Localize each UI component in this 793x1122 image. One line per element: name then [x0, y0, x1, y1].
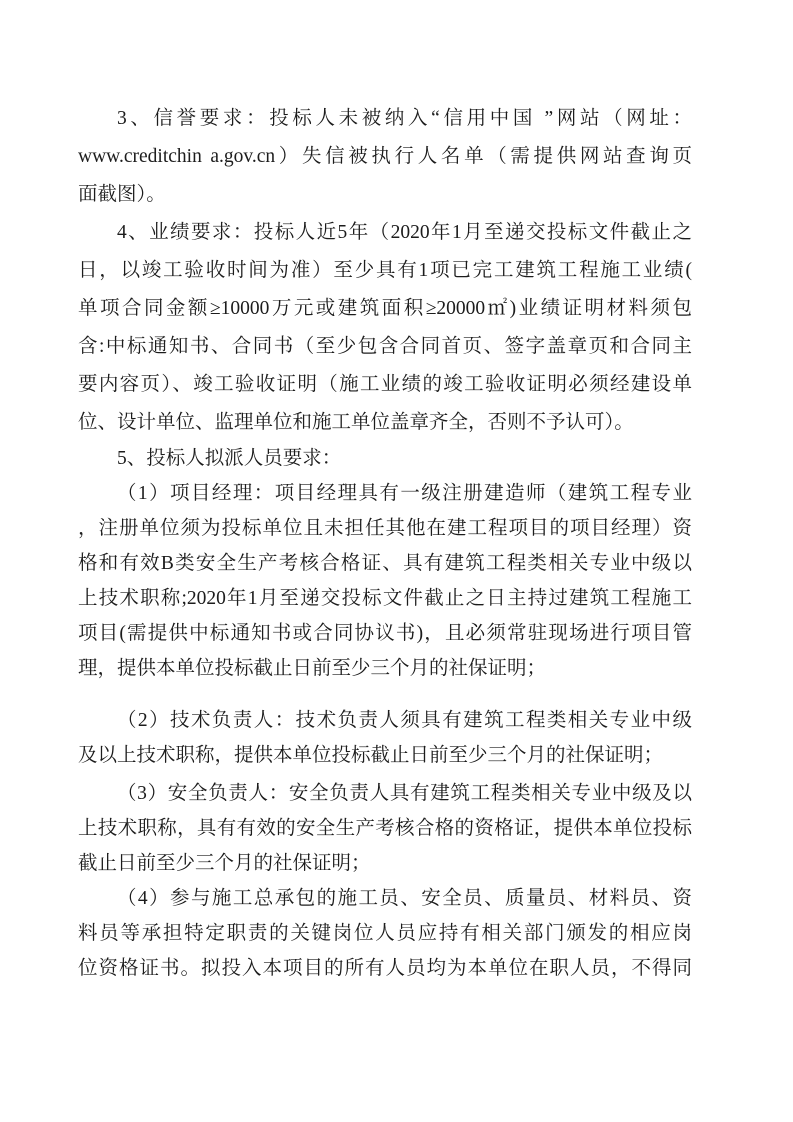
text-line: （1）项目经理：项目经理具有一级注册建造师（建筑工程专业: [78, 476, 692, 511]
text-line: 上技术职称，具有有效的安全生产考核合格的资格证，提供本单位投标: [78, 811, 692, 846]
text-line: 料员等承担特定职责的关键岗位人员应持有相关部门颁发的相应岗: [78, 916, 692, 951]
document-body: 3、信誉要求：投标人未被纳入“信用中国 ”网站（网址： www.creditch…: [0, 0, 793, 986]
text-line: ，注册单位须为投标单位且未担任其他在建工程项目的项目经理）资: [78, 511, 692, 546]
text-line: 位、设计单位、监理单位和施工单位盖章齐全，否则不予认可）。: [78, 404, 692, 442]
paragraph-project-manager: （1）项目经理：项目经理具有一级注册建造师（建筑工程专业 ，注册单位须为投标单位…: [78, 476, 692, 686]
text-line: 单项合同金额≥10000万元或建筑面积≥20000㎡)业绩证明材料须包: [78, 290, 692, 328]
text-line: （2）技术负责人：技术负责人须具有建筑工程类相关专业中级: [78, 703, 692, 738]
paragraph-key-position-staff: （4）参与施工总承包的施工员、安全员、质量员、材料员、资 料员等承担特定职责的关…: [78, 881, 692, 986]
text-line: 及以上技术职称，提供本单位投标截止日前至少三个月的社保证明；: [78, 738, 692, 773]
text-line: 截止日前至少三个月的社保证明；: [78, 846, 692, 881]
paragraph-reputation-requirement: 3、信誉要求：投标人未被纳入“信用中国 ”网站（网址： www.creditch…: [78, 100, 692, 214]
text-line: （3）安全负责人：安全负责人具有建筑工程类相关专业中级及以: [78, 776, 692, 811]
paragraph-personnel-requirement-heading: 5、投标人拟派人员要求：: [78, 442, 692, 476]
text-line: 位资格证书。拟投入本项目的所有人员均为本单位在职人员，不得同: [78, 951, 692, 986]
paragraph-safety-director: （3）安全负责人：安全负责人具有建筑工程类相关专业中级及以 上技术职称，具有有效…: [78, 776, 692, 881]
text-line: 要内容页）、竣工验收证明（施工业绩的竣工验收证明必须经建设单: [78, 366, 692, 404]
text-line: 项目(需提供中标通知书或合同协议书)，且必须常驻现场进行项目管: [78, 616, 692, 651]
text-line: 3、信誉要求：投标人未被纳入“信用中国 ”网站（网址：: [78, 100, 692, 138]
text-line: 4、业绩要求：投标人近5年（2020年1月至递交投标文件截止之: [78, 214, 692, 252]
text-line: www.creditchin a.gov.cn）失信被执行人名单（需提供网站查询…: [78, 138, 692, 176]
document-page: 3、信誉要求：投标人未被纳入“信用中国 ”网站（网址： www.creditch…: [0, 0, 793, 1122]
paragraph-performance-requirement: 4、业绩要求：投标人近5年（2020年1月至递交投标文件截止之 日，以竣工验收时…: [78, 214, 692, 442]
text-line: 面截图）。: [78, 176, 692, 214]
text-line: 5、投标人拟派人员要求：: [78, 442, 692, 476]
text-line: 格和有效B类安全生产考核合格证、具有建筑工程类相关专业中级以: [78, 546, 692, 581]
text-line: 含:中标通知书、合同书（至少包含合同首页、签字盖章页和合同主: [78, 328, 692, 366]
text-line: （4）参与施工总承包的施工员、安全员、质量员、材料员、资: [78, 881, 692, 916]
paragraph-technical-director: （2）技术负责人：技术负责人须具有建筑工程类相关专业中级 及以上技术职称，提供本…: [78, 703, 692, 773]
text-line: 理，提供本单位投标截止日前至少三个月的社保证明；: [78, 651, 692, 686]
text-line: 日，以竣工验收时间为准）至少具有1项已完工建筑工程施工业绩(: [78, 252, 692, 290]
text-line: 上技术职称;2020年1月至递交投标文件截止之日主持过建筑工程施工: [78, 581, 692, 616]
